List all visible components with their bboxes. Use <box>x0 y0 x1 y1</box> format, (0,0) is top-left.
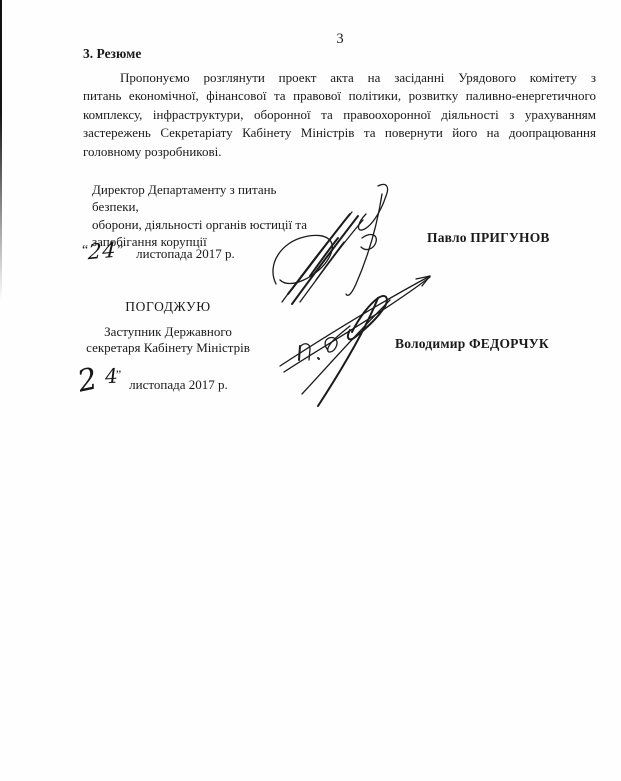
close-quote: ” <box>116 367 121 382</box>
resume-paragraph: Пропонуємо розглянути проект акта на зас… <box>83 69 596 161</box>
close-quote: ” <box>117 243 123 259</box>
approval-block: ПОГОДЖУЮ Заступник Державного секретаря … <box>78 299 258 356</box>
resume-heading: 3. Резюме <box>83 46 141 62</box>
handwritten-day-digit: 2 <box>75 364 100 397</box>
paragraph-line: питань економічної, фінансової та правов… <box>83 87 596 105</box>
date-month-year: листопада 2017 р. <box>136 246 235 262</box>
paragraph-line: Пропонуємо розглянути проект акта на зас… <box>83 69 596 87</box>
approver-name: Володимир ФЕДОРЧУК <box>395 336 549 352</box>
scan-edge-artifact <box>0 0 2 300</box>
approver-title-line: секретаря Кабінету Міністрів <box>78 340 258 356</box>
approver-date: 2 4 ” листопада 2017 р. <box>78 366 228 396</box>
document-page: 3 3. Резюме Пропонуємо розглянути проект… <box>0 0 621 781</box>
director-date: “ 24 ” листопада 2017 р. <box>82 241 235 263</box>
approver-title-line: Заступник Державного <box>78 324 258 340</box>
handwritten-day: 24 <box>88 240 118 264</box>
fedorchuk-signature-icon <box>266 252 440 410</box>
approver-title: Заступник Державного секретаря Кабінету … <box>78 324 258 356</box>
director-name: Павло ПРИГУНОВ <box>427 230 550 246</box>
approve-label: ПОГОДЖУЮ <box>78 299 258 315</box>
paragraph-line: комплексу, інфраструктури, оборонної та … <box>83 106 596 124</box>
date-month-year: листопада 2017 р. <box>129 377 228 393</box>
paragraph-line: застережень Секретаріату Кабінету Мініст… <box>83 124 596 142</box>
page-number: 3 <box>300 31 380 48</box>
paragraph-line: головному розробникові. <box>83 143 596 161</box>
